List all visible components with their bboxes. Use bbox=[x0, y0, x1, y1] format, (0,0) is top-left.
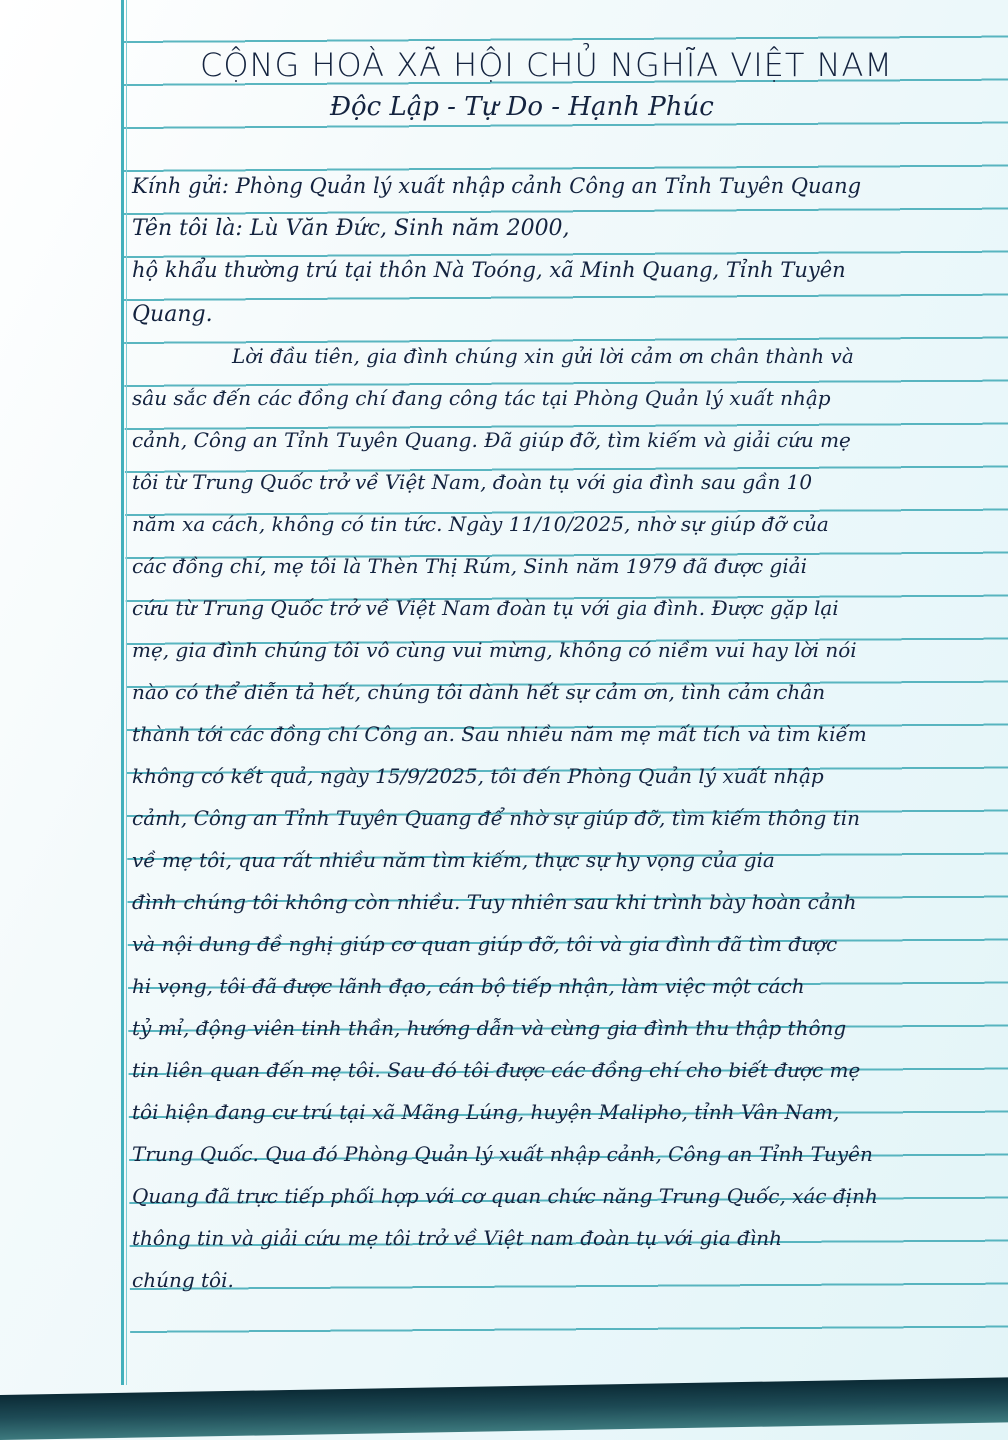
recipient-line: Kính gửi: Phòng Quản lý xuất nhập cảnh C… bbox=[132, 174, 861, 198]
sender-address-line-2: Quang. bbox=[132, 302, 213, 327]
body-line: tôi hiện đang cư trú tại xã Mãng Lúng, h… bbox=[132, 1100, 839, 1124]
body-line: đình chúng tôi không còn nhiều. Tuy nhiê… bbox=[132, 890, 857, 914]
sender-address-line-1: hộ khẩu thường trú tại thôn Nà Toóng, xã… bbox=[132, 258, 846, 282]
margin-line bbox=[121, 0, 124, 1385]
body-line: mẹ, gia đình chúng tôi vô cùng vui mừng,… bbox=[132, 638, 857, 662]
body-line: không có kết quả, ngày 15/9/2025, tôi đế… bbox=[132, 764, 824, 788]
body-line: thông tin và giải cứu mẹ tôi trở về Việt… bbox=[132, 1226, 782, 1250]
body-line: sâu sắc đến các đồng chí đang công tác t… bbox=[132, 386, 831, 410]
body-line: tỷ mỉ, động viên tinh thần, hướng dẫn và… bbox=[132, 1016, 846, 1040]
body-line: hi vọng, tôi đã được lãnh đạo, cán bộ ti… bbox=[132, 974, 805, 998]
body-line: năm xa cách, không có tin tức. Ngày 11/1… bbox=[132, 512, 829, 536]
body-line: cứu từ Trung Quốc trở về Việt Nam đoàn t… bbox=[132, 596, 839, 620]
sender-name-line: Tên tôi là: Lù Văn Đức, Sinh năm 2000, bbox=[132, 216, 570, 241]
body-line: nào có thể diễn tả hết, chúng tôi dành h… bbox=[132, 680, 825, 704]
margin-line-inner bbox=[126, 0, 127, 1385]
national-motto: Độc Lập - Tự Do - Hạnh Phúc bbox=[330, 92, 714, 122]
body-line: về mẹ tôi, qua rất nhiều năm tìm kiếm, t… bbox=[132, 848, 775, 872]
body-line: Lời đầu tiên, gia đình chúng xin gửi lời… bbox=[232, 344, 854, 368]
body-line: thành tới các đồng chí Công an. Sau nhiề… bbox=[132, 722, 867, 746]
body-line: các đồng chí, mẹ tôi là Thèn Thị Rúm, Si… bbox=[132, 554, 807, 578]
body-line: và nội dung đề nghị giúp cơ quan giúp đỡ… bbox=[132, 932, 837, 956]
body-line: Trung Quốc. Qua đó Phòng Quản lý xuất nh… bbox=[132, 1142, 873, 1166]
body-line: tin liên quan đến mẹ tôi. Sau đó tôi đượ… bbox=[132, 1058, 860, 1082]
body-line: chúng tôi. bbox=[132, 1268, 234, 1292]
notebook-page: CỘNG HOÀ XÃ HỘI CHỦ NGHĨA VIỆT NAM Độc L… bbox=[0, 0, 1008, 1440]
body-line: Quang đã trực tiếp phối hợp với cơ quan … bbox=[132, 1184, 878, 1208]
body-line: tôi từ Trung Quốc trở về Việt Nam, đoàn … bbox=[132, 470, 812, 494]
body-line: cảnh, Công an Tỉnh Tuyên Quang. Đã giúp … bbox=[132, 428, 851, 452]
national-title: CỘNG HOÀ XÃ HỘI CHỦ NGHĨA VIỆT NAM bbox=[200, 46, 893, 84]
body-line: cảnh, Công an Tỉnh Tuyên Quang để nhờ sự… bbox=[132, 806, 860, 830]
